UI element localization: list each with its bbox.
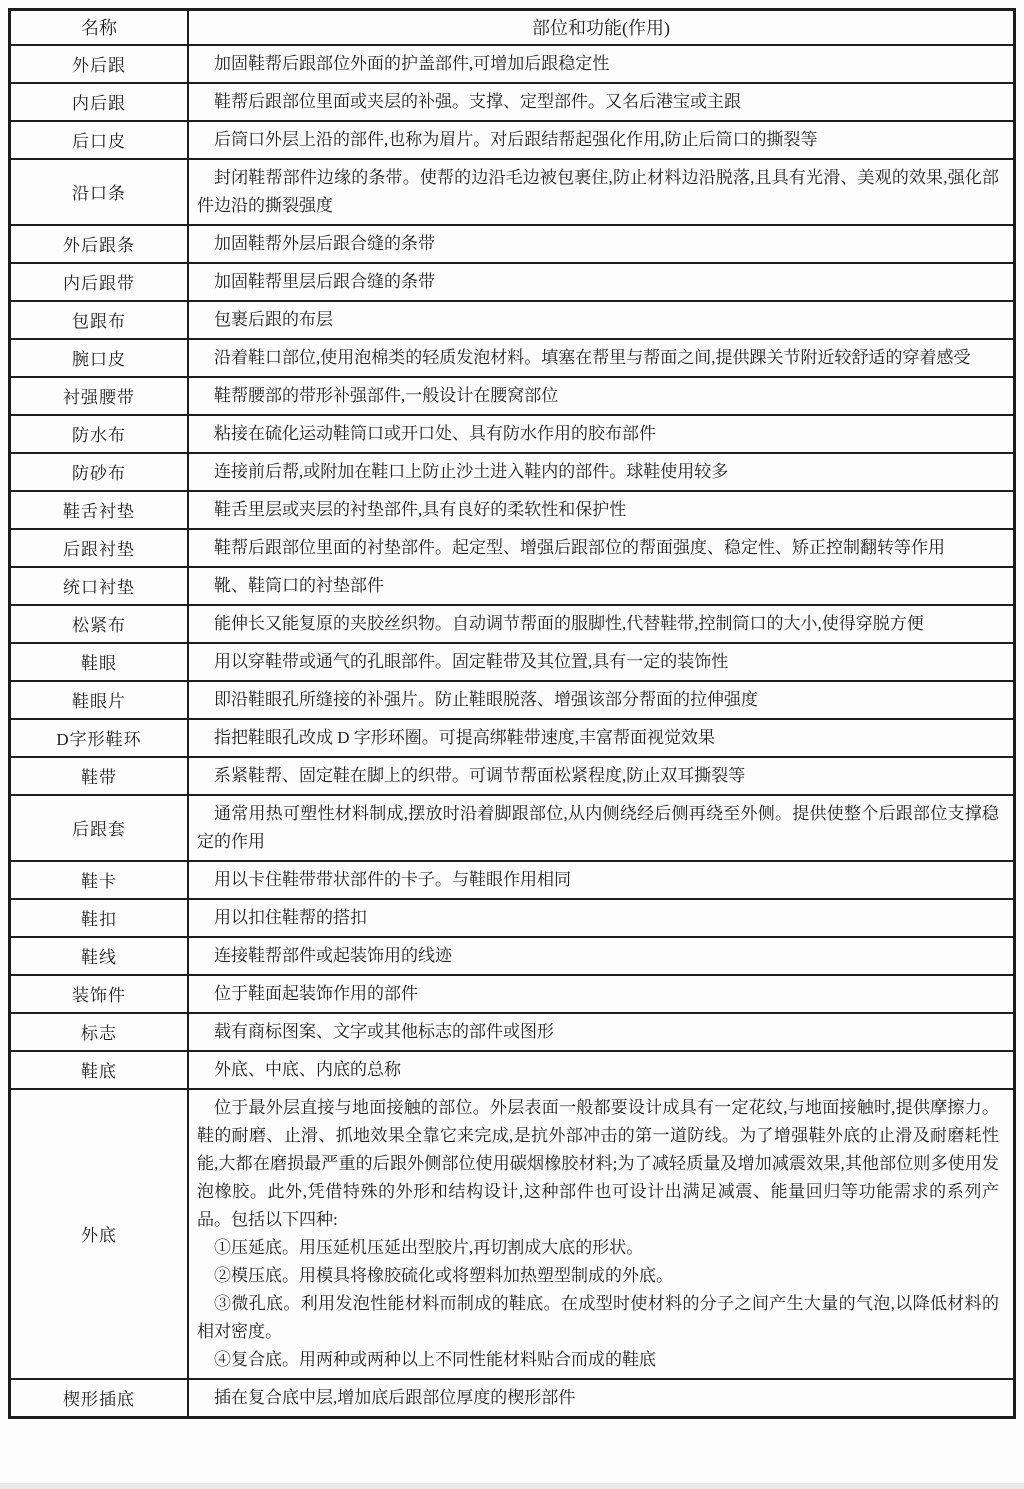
table-row: 松紧布能伸长又能复原的夹胶丝织物。自动调节帮面的服脚性,代替鞋带,控制筒口的大小… (10, 605, 1015, 643)
description-paragraph: 鞋帮后跟部位里面或夹层的补强。支撑、定型部件。又名后港宝或主跟 (197, 88, 999, 116)
part-name: 装饰件 (10, 975, 189, 1013)
table-row: 包跟布包裹后跟的布层 (10, 301, 1015, 339)
part-description: 鞋帮腰部的带形补强部件,一般设计在腰窝部位 (188, 377, 1015, 415)
table-row: 外底位于最外层直接与地面接触的部位。外层表面一般都要设计成具有一定花纹,与地面接… (10, 1089, 1015, 1379)
part-name: 鞋眼 (10, 643, 189, 681)
part-description: 鞋帮后跟部位里面的衬垫部件。起定型、增强后跟部位的帮面强度、稳定性、矫正控制翻转… (188, 529, 1015, 567)
description-paragraph: 靴、鞋筒口的衬垫部件 (197, 572, 999, 600)
description-paragraph: 加固鞋帮里层后跟合缝的条带 (197, 268, 999, 296)
table-header: 名称 部位和功能(作用) (10, 10, 1015, 45)
part-description: 靴、鞋筒口的衬垫部件 (188, 567, 1015, 605)
part-name: 后口皮 (10, 121, 189, 159)
table-row: 衬强腰带鞋帮腰部的带形补强部件,一般设计在腰窝部位 (10, 377, 1015, 415)
part-name: D字形鞋环 (10, 719, 189, 757)
part-name: 后跟衬垫 (10, 529, 189, 567)
table-row: 内后跟鞋帮后跟部位里面或夹层的补强。支撑、定型部件。又名后港宝或主跟 (10, 83, 1015, 121)
part-description: 鞋舌里层或夹层的衬垫部件,具有良好的柔软性和保护性 (188, 491, 1015, 529)
part-description: 系紧鞋帮、固定鞋在脚上的织带。可调节帮面松紧程度,防止双耳撕裂等 (188, 757, 1015, 795)
description-paragraph: ③微孔底。利用发泡性能材料而制成的鞋底。在成型时使材料的分子之间产生大量的气泡,… (197, 1290, 999, 1346)
description-paragraph: 插在复合底中层,增加底后跟部位厚度的楔形部件 (197, 1384, 999, 1412)
table-row: 外后跟条加固鞋帮外层后跟合缝的条带 (10, 225, 1015, 263)
table-row: 防水布粘接在硫化运动鞋筒口或开口处、具有防水作用的胶布部件 (10, 415, 1015, 453)
part-description: 用以穿鞋带或通气的孔眼部件。固定鞋带及其位置,具有一定的装饰性 (188, 643, 1015, 681)
table-row: 楔形插底插在复合底中层,增加底后跟部位厚度的楔形部件 (10, 1379, 1015, 1418)
description-paragraph: 位于最外层直接与地面接触的部位。外层表面一般都要设计成具有一定花纹,与地面接触时… (197, 1094, 999, 1234)
part-name: 外底 (10, 1089, 189, 1379)
part-description: 连接鞋帮部件或起装饰用的线迹 (188, 937, 1015, 975)
part-name: 统口衬垫 (10, 567, 189, 605)
table-row: 标志载有商标图案、文字或其他标志的部件或图形 (10, 1013, 1015, 1051)
description-paragraph: 粘接在硫化运动鞋筒口或开口处、具有防水作用的胶布部件 (197, 420, 999, 448)
description-paragraph: 鞋帮后跟部位里面的衬垫部件。起定型、增强后跟部位的帮面强度、稳定性、矫正控制翻转… (197, 534, 999, 562)
part-description: 用以扣住鞋帮的搭扣 (188, 899, 1015, 937)
part-name: 防水布 (10, 415, 189, 453)
table-row: D字形鞋环指把鞋眼孔改成 D 字形环圈。可提高绑鞋带速度,丰富帮面视觉效果 (10, 719, 1015, 757)
part-name: 鞋眼片 (10, 681, 189, 719)
table-row: 鞋眼用以穿鞋带或通气的孔眼部件。固定鞋带及其位置,具有一定的装饰性 (10, 643, 1015, 681)
description-paragraph: 包裹后跟的布层 (197, 306, 999, 334)
table-row: 内后跟带加固鞋帮里层后跟合缝的条带 (10, 263, 1015, 301)
description-paragraph: 鞋帮腰部的带形补强部件,一般设计在腰窝部位 (197, 382, 999, 410)
part-description: 通常用热可塑性材料制成,摆放时沿着脚跟部位,从内侧绕经后侧再绕至外侧。提供使整个… (188, 795, 1015, 861)
part-name: 鞋线 (10, 937, 189, 975)
table-row: 鞋底外底、中底、内底的总称 (10, 1051, 1015, 1089)
table-row: 后跟衬垫鞋帮后跟部位里面的衬垫部件。起定型、增强后跟部位的帮面强度、稳定性、矫正… (10, 529, 1015, 567)
description-paragraph: ④复合底。用两种或两种以上不同性能材料贴合而成的鞋底 (197, 1346, 999, 1374)
scan-edge-artifact (0, 1483, 1024, 1489)
table-row: 鞋扣用以扣住鞋帮的搭扣 (10, 899, 1015, 937)
description-paragraph: 连接前后帮,或附加在鞋口上防止沙土进入鞋内的部件。球鞋使用较多 (197, 458, 999, 486)
shoe-parts-table: 名称 部位和功能(作用) 外后跟加固鞋帮后跟部位外面的护盖部件,可增加后跟稳定性… (8, 8, 1016, 1419)
part-name: 防砂布 (10, 453, 189, 491)
description-paragraph: 载有商标图案、文字或其他标志的部件或图形 (197, 1018, 999, 1046)
part-description: 用以卡住鞋带带状部件的卡子。与鞋眼作用相同 (188, 861, 1015, 899)
part-name: 鞋带 (10, 757, 189, 795)
description-paragraph: ①压延底。用压延机压延出型胶片,再切割成大底的形状。 (197, 1234, 999, 1262)
part-name: 包跟布 (10, 301, 189, 339)
part-description: 能伸长又能复原的夹胶丝织物。自动调节帮面的服脚性,代替鞋带,控制筒口的大小,使得… (188, 605, 1015, 643)
description-paragraph: 用以扣住鞋帮的搭扣 (197, 904, 999, 932)
description-paragraph: 通常用热可塑性材料制成,摆放时沿着脚跟部位,从内侧绕经后侧再绕至外侧。提供使整个… (197, 800, 999, 856)
part-name: 内后跟 (10, 83, 189, 121)
description-paragraph: 用以穿鞋带或通气的孔眼部件。固定鞋带及其位置,具有一定的装饰性 (197, 648, 999, 676)
description-paragraph: 封闭鞋帮部件边缘的条带。使帮的边沿毛边被包裹住,防止材料边沿脱落,且具有光滑、美… (197, 164, 999, 220)
description-paragraph: 加固鞋帮外层后跟合缝的条带 (197, 230, 999, 258)
description-paragraph: 后筒口外层上沿的部件,也称为眉片。对后跟结帮起强化作用,防止后筒口的撕裂等 (197, 126, 999, 154)
header-cell-name: 名称 (10, 10, 189, 45)
table-row: 鞋带系紧鞋帮、固定鞋在脚上的织带。可调节帮面松紧程度,防止双耳撕裂等 (10, 757, 1015, 795)
description-paragraph: 指把鞋眼孔改成 D 字形环圈。可提高绑鞋带速度,丰富帮面视觉效果 (197, 724, 999, 752)
part-name: 外后跟条 (10, 225, 189, 263)
part-description: 加固鞋帮外层后跟合缝的条带 (188, 225, 1015, 263)
table-row: 鞋眼片即沿鞋眼孔所缝接的补强片。防止鞋眼脱落、增强该部分帮面的拉伸强度 (10, 681, 1015, 719)
description-paragraph: 位于鞋面起装饰作用的部件 (197, 980, 999, 1008)
part-description: 后筒口外层上沿的部件,也称为眉片。对后跟结帮起强化作用,防止后筒口的撕裂等 (188, 121, 1015, 159)
part-description: 沿着鞋口部位,使用泡棉类的轻质发泡材料。填塞在帮里与帮面之间,提供踝关节附近较舒… (188, 339, 1015, 377)
part-description: 粘接在硫化运动鞋筒口或开口处、具有防水作用的胶布部件 (188, 415, 1015, 453)
table-row: 沿口条封闭鞋帮部件边缘的条带。使帮的边沿毛边被包裹住,防止材料边沿脱落,且具有光… (10, 159, 1015, 225)
part-description: 位于鞋面起装饰作用的部件 (188, 975, 1015, 1013)
part-description: 鞋帮后跟部位里面或夹层的补强。支撑、定型部件。又名后港宝或主跟 (188, 83, 1015, 121)
part-name: 衬强腰带 (10, 377, 189, 415)
header-cell-function: 部位和功能(作用) (188, 10, 1015, 45)
part-name: 标志 (10, 1013, 189, 1051)
part-name: 鞋舌衬垫 (10, 491, 189, 529)
description-paragraph: 鞋舌里层或夹层的衬垫部件,具有良好的柔软性和保护性 (197, 496, 999, 524)
description-paragraph: 连接鞋帮部件或起装饰用的线迹 (197, 942, 999, 970)
table-row: 防砂布连接前后帮,或附加在鞋口上防止沙土进入鞋内的部件。球鞋使用较多 (10, 453, 1015, 491)
description-paragraph: 外底、中底、内底的总称 (197, 1056, 999, 1084)
part-name: 沿口条 (10, 159, 189, 225)
table-row: 统口衬垫靴、鞋筒口的衬垫部件 (10, 567, 1015, 605)
part-description: 载有商标图案、文字或其他标志的部件或图形 (188, 1013, 1015, 1051)
part-description: 位于最外层直接与地面接触的部位。外层表面一般都要设计成具有一定花纹,与地面接触时… (188, 1089, 1015, 1379)
table-row: 外后跟加固鞋帮后跟部位外面的护盖部件,可增加后跟稳定性 (10, 45, 1015, 83)
part-description: 连接前后帮,或附加在鞋口上防止沙土进入鞋内的部件。球鞋使用较多 (188, 453, 1015, 491)
table-row: 鞋舌衬垫鞋舌里层或夹层的衬垫部件,具有良好的柔软性和保护性 (10, 491, 1015, 529)
description-paragraph: 加固鞋帮后跟部位外面的护盖部件,可增加后跟稳定性 (197, 50, 999, 78)
table-row: 鞋卡用以卡住鞋带带状部件的卡子。与鞋眼作用相同 (10, 861, 1015, 899)
part-name: 楔形插底 (10, 1379, 189, 1418)
part-name: 外后跟 (10, 45, 189, 83)
description-paragraph: 系紧鞋帮、固定鞋在脚上的织带。可调节帮面松紧程度,防止双耳撕裂等 (197, 762, 999, 790)
part-description: 包裹后跟的布层 (188, 301, 1015, 339)
part-description: 插在复合底中层,增加底后跟部位厚度的楔形部件 (188, 1379, 1015, 1418)
part-description: 加固鞋帮后跟部位外面的护盖部件,可增加后跟稳定性 (188, 45, 1015, 83)
document-page: 名称 部位和功能(作用) 外后跟加固鞋帮后跟部位外面的护盖部件,可增加后跟稳定性… (0, 0, 1024, 1489)
description-paragraph: 即沿鞋眼孔所缝接的补强片。防止鞋眼脱落、增强该部分帮面的拉伸强度 (197, 686, 999, 714)
part-name: 腕口皮 (10, 339, 189, 377)
table-row: 后口皮后筒口外层上沿的部件,也称为眉片。对后跟结帮起强化作用,防止后筒口的撕裂等 (10, 121, 1015, 159)
table-row: 装饰件位于鞋面起装饰作用的部件 (10, 975, 1015, 1013)
description-paragraph: 用以卡住鞋带带状部件的卡子。与鞋眼作用相同 (197, 866, 999, 894)
part-name: 松紧布 (10, 605, 189, 643)
part-name: 后跟套 (10, 795, 189, 861)
description-paragraph: 能伸长又能复原的夹胶丝织物。自动调节帮面的服脚性,代替鞋带,控制筒口的大小,使得… (197, 610, 999, 638)
part-description: 封闭鞋帮部件边缘的条带。使帮的边沿毛边被包裹住,防止材料边沿脱落,且具有光滑、美… (188, 159, 1015, 225)
part-name: 鞋卡 (10, 861, 189, 899)
table-row: 后跟套通常用热可塑性材料制成,摆放时沿着脚跟部位,从内侧绕经后侧再绕至外侧。提供… (10, 795, 1015, 861)
part-description: 加固鞋帮里层后跟合缝的条带 (188, 263, 1015, 301)
table-header-row: 名称 部位和功能(作用) (10, 10, 1015, 45)
description-paragraph: ②模压底。用模具将橡胶硫化或将塑料加热塑型制成的外底。 (197, 1262, 999, 1290)
description-paragraph: 沿着鞋口部位,使用泡棉类的轻质发泡材料。填塞在帮里与帮面之间,提供踝关节附近较舒… (197, 344, 999, 372)
part-description: 指把鞋眼孔改成 D 字形环圈。可提高绑鞋带速度,丰富帮面视觉效果 (188, 719, 1015, 757)
table-body: 外后跟加固鞋帮后跟部位外面的护盖部件,可增加后跟稳定性内后跟鞋帮后跟部位里面或夹… (10, 45, 1015, 1418)
part-name: 内后跟带 (10, 263, 189, 301)
part-description: 即沿鞋眼孔所缝接的补强片。防止鞋眼脱落、增强该部分帮面的拉伸强度 (188, 681, 1015, 719)
part-name: 鞋扣 (10, 899, 189, 937)
table-row: 腕口皮沿着鞋口部位,使用泡棉类的轻质发泡材料。填塞在帮里与帮面之间,提供踝关节附… (10, 339, 1015, 377)
part-name: 鞋底 (10, 1051, 189, 1089)
table-row: 鞋线连接鞋帮部件或起装饰用的线迹 (10, 937, 1015, 975)
part-description: 外底、中底、内底的总称 (188, 1051, 1015, 1089)
